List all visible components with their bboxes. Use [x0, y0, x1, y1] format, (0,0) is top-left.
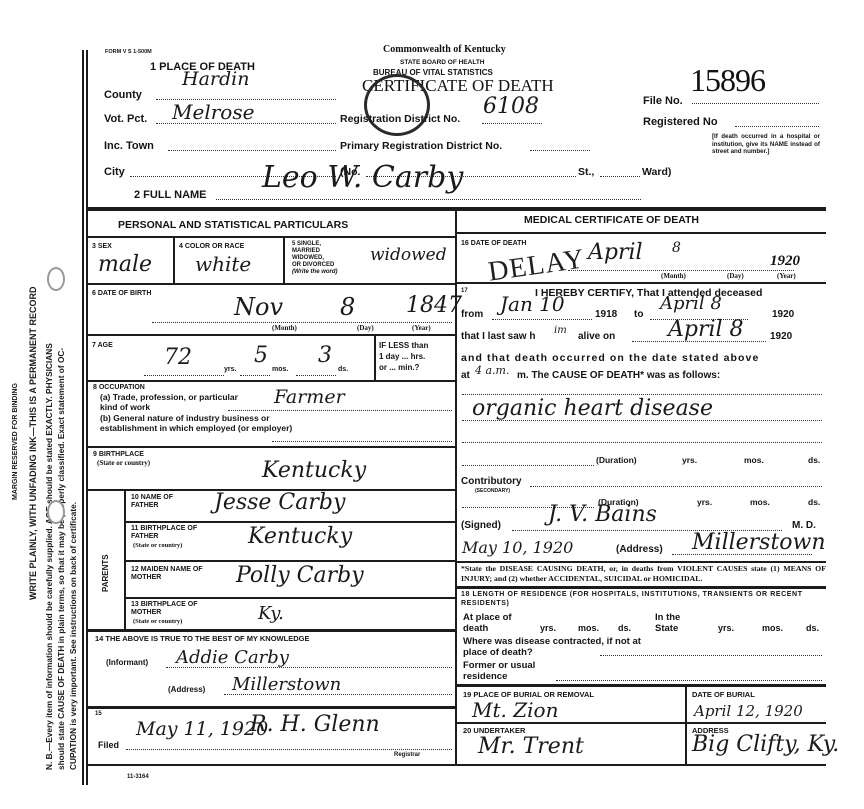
certificate-sign-date: May 10, 1920 [462, 538, 573, 557]
death-month-caption: (Month) [661, 272, 686, 280]
parents-side-label: PARENTS [101, 554, 110, 592]
medical-section-title: MEDICAL CERTIFICATE OF DEATH [524, 214, 699, 226]
ward-label: Ward) [642, 166, 671, 178]
death-year-caption: (Year) [777, 272, 796, 280]
residence-label: 18 LENGTH OF RESIDENCE (FOR HOSPITALS, I… [461, 590, 823, 608]
punch-hole-icon [47, 267, 65, 291]
personal-section-title: PERSONAL AND STATISTICAL PARTICULARS [118, 219, 348, 231]
full-name-label: 2 FULL NAME [134, 189, 207, 201]
age-months: 5 [254, 343, 268, 368]
primary-registration-label: Primary Registration District No. [340, 140, 502, 152]
date-of-death-label: 16 DATE OF DEATH [461, 240, 526, 247]
in-state-label: In the State [655, 612, 705, 634]
yrs-caption: yrs. [224, 366, 236, 373]
at-label: at [461, 370, 470, 381]
former-residence-label: Former or usual residence [463, 660, 563, 682]
burial-place-value: Mt. Zion [472, 698, 558, 722]
race-label: 4 COLOR OR RACE [179, 243, 244, 250]
race-value: white [195, 252, 251, 276]
mother-name-value: Polly Carby [236, 563, 364, 588]
if-less-note: IF LESS than 1 day ... hrs. or ... min.? [379, 340, 428, 373]
residence-place-yrs: yrs. [540, 623, 556, 633]
physician-signature: J. V. Bains [548, 502, 657, 527]
occupation-label: 8 OCCUPATION [93, 384, 145, 391]
from-label: from [461, 309, 483, 320]
age-days: 3 [318, 343, 332, 368]
dob-label: 6 DATE OF BIRTH [92, 290, 151, 297]
time-of-death-value: 4 a.m. [475, 364, 509, 377]
last-saw-label: that I last saw h [461, 331, 535, 342]
alive-on-value: April 8 [668, 317, 744, 342]
margin-instruction-3: should state CAUSE OF DEATH in plain ter… [56, 348, 66, 770]
county-value: Hardin [182, 68, 249, 90]
seal-stamp-icon [364, 74, 430, 136]
residence-state-ds: ds. [806, 623, 819, 633]
mother-birthplace-label: 13 BIRTHPLACE OF MOTHER [131, 601, 206, 617]
marital-status-label: 5 SINGLE, MARRIED WIDOWED, OR DIVORCED (… [292, 241, 338, 276]
age-years: 72 [164, 345, 192, 370]
punch-hole-icon [47, 500, 65, 524]
age-label: 7 AGE [92, 342, 113, 349]
informant-address-label: (Address) [168, 685, 205, 694]
certify-number: 17 [461, 288, 468, 294]
undertaker-value: Mr. Trent [478, 734, 584, 759]
year-caption: (Year) [412, 324, 431, 332]
residence-state-mos: mos. [762, 623, 783, 633]
alive-on-label: alive on [578, 331, 615, 342]
burial-date-label: DATE OF BURIAL [692, 690, 755, 699]
sex-label: 3 SEX [92, 243, 112, 250]
father-name-label: 10 NAME OF FATHER [131, 494, 191, 510]
sex-value: male [98, 252, 152, 277]
to-label: to [634, 309, 643, 320]
residence-state-yrs: yrs. [718, 623, 734, 633]
signed-label: (Signed) [461, 520, 501, 531]
day-caption: (Day) [357, 324, 374, 332]
margin-instruction-1: WRITE PLAINLY, WITH UNFADING INK—THIS IS… [28, 286, 38, 600]
filed-label: Filed [98, 740, 119, 750]
dob-year: 1847 [406, 293, 462, 318]
duration-label: (Duration) [596, 455, 637, 465]
month-caption: (Month) [272, 324, 297, 332]
vot-pct-value: Melrose [172, 100, 254, 124]
dob-month: Nov [234, 293, 283, 321]
registration-district-label: Registration District No. [340, 113, 460, 125]
father-birthplace-label: 11 BIRTHPLACE OF FATHER [131, 525, 206, 541]
birthplace-sublabel: (State or country) [97, 459, 150, 467]
duration-ds: ds. [808, 455, 820, 465]
filed-date-value: May 11, 1920 [136, 718, 268, 740]
physician-address-value: Millerstown [692, 530, 826, 555]
city-label: City [104, 166, 125, 178]
margin-instruction-4: CUPATION is very important. See instruct… [68, 502, 78, 770]
county-label: County [104, 89, 142, 101]
certify-text: I HEREBY CERTIFY, That I attended deceas… [535, 287, 762, 299]
duration-mos: mos. [744, 455, 764, 465]
board-title: STATE BOARD OF HEALTH [400, 59, 485, 66]
filing-number: 15 [95, 711, 102, 717]
occupation-value: Farmer [274, 386, 345, 408]
attended-to-value: April 8 [660, 293, 722, 314]
at-place-label: At place of death [463, 612, 523, 634]
secondary-label: (SECONDARY) [475, 488, 510, 494]
death-year-value: 1920 [770, 253, 800, 270]
footer-code: 11-3164 [127, 774, 149, 780]
death-day-caption: (Day) [727, 272, 744, 280]
informant-value: Addie Carby [176, 647, 289, 668]
last-saw-pronoun: im [554, 325, 567, 336]
birthplace-value: Kentucky [262, 458, 366, 483]
file-no-label: File No. [643, 95, 683, 107]
duration-yrs: yrs. [682, 455, 697, 465]
mother-birthplace-sublabel: (State or country) [133, 618, 182, 625]
informant-label: (Informant) [106, 658, 148, 667]
alive-on-year: 1920 [770, 331, 792, 342]
undertaker-address-value: Big Clifty, Ky. [692, 732, 839, 757]
file-no-value: 15896 [690, 62, 765, 99]
burial-date-value: April 12, 1920 [694, 702, 803, 720]
residence-place-ds: ds. [618, 623, 631, 633]
street-label: St., [578, 166, 594, 178]
contributory-yrs: yrs. [697, 497, 712, 507]
vot-pct-label: Vot. Pct. [104, 113, 147, 125]
form-id: FORM V S 1-500M [105, 49, 152, 55]
mos-caption: mos. [272, 366, 288, 373]
hospital-note: [If death occurred in a hospital or inst… [712, 133, 820, 156]
contributory-ds: ds. [808, 497, 820, 507]
registered-no-label: Registered No [643, 116, 718, 128]
margin-binding-note: MARGIN RESERVED FOR BINDING [12, 383, 19, 500]
attended-from-value: Jan 10 [500, 292, 565, 316]
mother-name-label: 12 MAIDEN NAME OF MOTHER [131, 566, 226, 582]
informant-address-value: Millerstown [232, 674, 341, 695]
death-month-value: April [588, 240, 643, 265]
marital-status-value: widowed [370, 245, 447, 265]
contributory-mos: mos. [750, 497, 770, 507]
father-name-value: Jesse Carby [214, 490, 345, 515]
mother-birthplace-value: Ky. [258, 603, 284, 624]
attended-from-year: 1918 [595, 309, 617, 320]
dob-day: 8 [340, 293, 355, 321]
cause-of-death-value: organic heart disease [472, 396, 713, 421]
birthplace-label: 9 BIRTHPLACE [93, 451, 144, 458]
cause-footnote: *State the DISEASE CAUSING DEATH, or, in… [461, 564, 826, 584]
knowledge-statement: 14 THE ABOVE IS TRUE TO THE BEST OF MY K… [95, 634, 309, 643]
margin-instruction-2: N. B.—Every item of information should b… [44, 343, 54, 770]
cause-of-death-label: m. The CAUSE OF DEATH* was as follows: [517, 370, 720, 381]
full-name-value: Leo W. Carby [262, 160, 463, 195]
father-birthplace-value: Kentucky [248, 524, 352, 549]
contributory-label: Contributory [461, 476, 522, 487]
registration-district-value: 6108 [483, 94, 539, 119]
occupation-b-label: (b) General nature of industry business … [100, 413, 300, 433]
death-day-value: 8 [672, 240, 681, 256]
registrar-label: Registrar [394, 752, 420, 758]
commonwealth-title: Commonwealth of Kentucky [383, 44, 506, 55]
occupation-a-label: (a) Trade, profession, or particular kin… [100, 392, 250, 412]
physician-address-label: (Address) [616, 544, 663, 555]
ds-caption: ds. [338, 366, 348, 373]
attended-to-year: 1920 [772, 309, 794, 320]
father-birthplace-sublabel: (State or country) [133, 542, 182, 549]
registrar-signature: R. H. Glenn [250, 712, 380, 737]
inc-town-label: Inc. Town [104, 140, 154, 152]
occurred-text: and that death occurred on the date stat… [461, 352, 759, 364]
residence-place-mos: mos. [578, 623, 599, 633]
